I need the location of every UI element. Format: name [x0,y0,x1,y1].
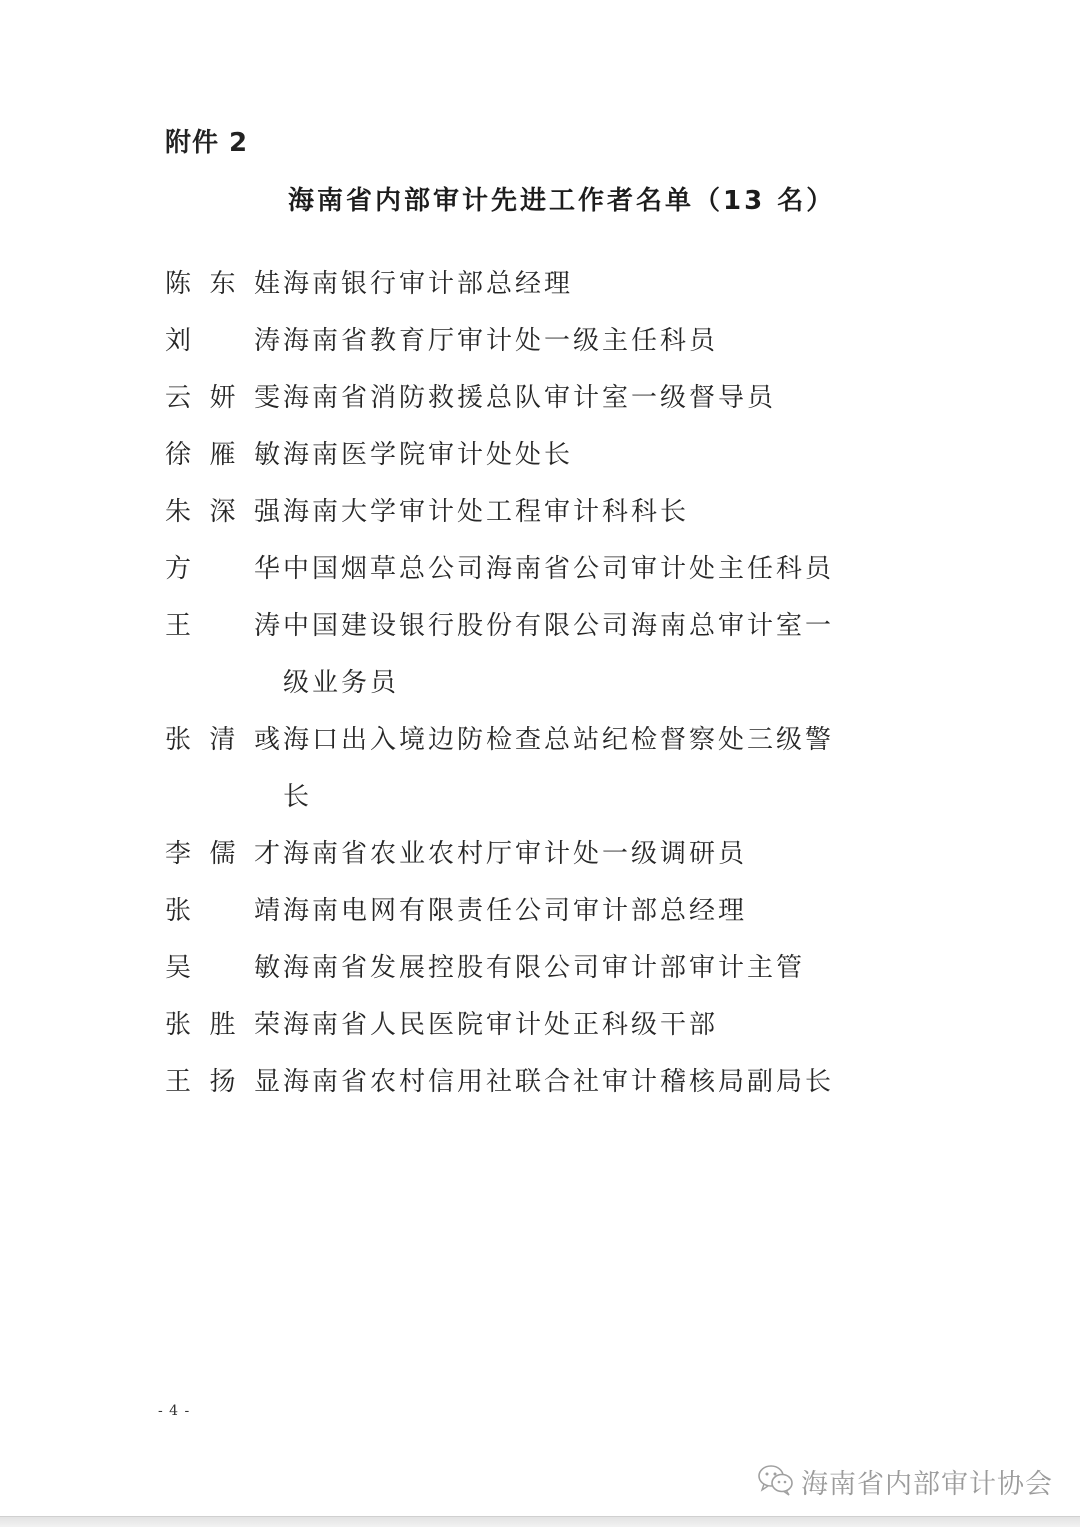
name-char: 显 [254,1054,280,1111]
list-item: 王扬显 海南省农村信用社联合社审计稽核局副局长 [165,1054,885,1111]
awardee-position: 海口出入境边防检查总站纪检督察处三级警长 [283,712,858,826]
awardee-name: 徐雁敏 [165,427,280,484]
awardee-name: 张清彧 [165,712,280,769]
document-title: 海南省内部审计先进工作者名单（13 名） [288,180,835,217]
awardee-name: 王涛 [165,598,280,655]
list-item: 李儒才 海南省农业农村厅审计处一级调研员 [165,826,885,883]
awardee-position: 海南银行审计部总经理 [283,256,858,313]
name-char: 儒 [209,826,235,883]
awardee-list: 陈东娃 海南银行审计部总经理 刘涛 海南省教育厅审计处一级主任科员 云妍雯 海南… [165,256,885,1111]
name-char: 朱 [165,484,191,541]
name-char: 王 [165,1054,191,1111]
name-char: 张 [165,997,191,1054]
name-char: 张 [165,712,191,769]
page-number: - 4 - [158,1403,190,1419]
awardee-position: 中国烟草总公司海南省公司审计处主任科员 [283,541,858,598]
awardee-name: 张胜荣 [165,997,280,1054]
name-char: 雁 [209,427,235,484]
awardee-position: 海南省农村信用社联合社审计稽核局副局长 [283,1054,858,1111]
name-char: 娃 [254,256,280,313]
name-char: 王 [165,598,191,655]
name-char: 李 [165,826,191,883]
wechat-icon [757,1463,795,1501]
name-char: 云 [165,370,191,427]
name-char: 涛 [254,598,280,655]
name-char: 东 [209,256,235,313]
list-item: 吴敏 海南省发展控股有限公司审计部审计主管 [165,940,885,997]
name-char: 靖 [254,883,280,940]
name-char: 清 [209,712,235,769]
list-item: 张胜荣 海南省人民医院审计处正科级干部 [165,997,885,1054]
awardee-position: 海南大学审计处工程审计科科长 [283,484,858,541]
awardee-name: 云妍雯 [165,370,280,427]
awardee-position: 海南省人民医院审计处正科级干部 [283,997,858,1054]
name-char: 张 [165,883,191,940]
list-item: 陈东娃 海南银行审计部总经理 [165,256,885,313]
awardee-position: 海南省发展控股有限公司审计部审计主管 [283,940,858,997]
name-char: 胜 [209,997,235,1054]
awardee-name: 张靖 [165,883,280,940]
name-char: 妍 [209,370,235,427]
name-char: 吴 [165,940,191,997]
name-char: 敏 [254,427,280,484]
name-char: 荣 [254,997,280,1054]
list-item: 方华 中国烟草总公司海南省公司审计处主任科员 [165,541,885,598]
name-char: 才 [254,826,280,883]
awardee-position: 海南省教育厅审计处一级主任科员 [283,313,858,370]
name-char: 徐 [165,427,191,484]
awardee-name: 刘涛 [165,313,280,370]
name-char: 雯 [254,370,280,427]
watermark: 海南省内部审计协会 [757,1462,1053,1501]
document-page: 附件 2 海南省内部审计先进工作者名单（13 名） 陈东娃 海南银行审计部总经理… [0,0,1080,1512]
name-char: 扬 [209,1054,235,1111]
awardee-position: 海南省消防救援总队审计室一级督导员 [283,370,858,427]
name-char: 敏 [254,940,280,997]
awardee-name: 方华 [165,541,280,598]
name-char: 涛 [254,313,280,370]
list-item: 云妍雯 海南省消防救援总队审计室一级督导员 [165,370,885,427]
awardee-position: 海南省农业农村厅审计处一级调研员 [283,826,858,883]
name-char: 方 [165,541,191,598]
attachment-label: 附件 2 [165,122,248,159]
name-char: 强 [254,484,280,541]
list-item: 徐雁敏 海南医学院审计处处长 [165,427,885,484]
name-char: 深 [209,484,235,541]
list-item: 朱深强 海南大学审计处工程审计科科长 [165,484,885,541]
name-char: 华 [254,541,280,598]
list-item: 王涛 中国建设银行股份有限公司海南总审计室一级业务员 [165,598,885,712]
name-char: 刘 [165,313,191,370]
awardee-name: 吴敏 [165,940,280,997]
awardee-position: 中国建设银行股份有限公司海南总审计室一级业务员 [283,598,858,712]
name-char: 陈 [165,256,191,313]
list-item: 张清彧 海口出入境边防检查总站纪检督察处三级警长 [165,712,885,826]
awardee-name: 陈东娃 [165,256,280,313]
awardee-position: 海南医学院审计处处长 [283,427,858,484]
awardee-name: 朱深强 [165,484,280,541]
awardee-name: 王扬显 [165,1054,280,1111]
name-char: 彧 [254,712,280,769]
list-item: 刘涛 海南省教育厅审计处一级主任科员 [165,313,885,370]
watermark-text: 海南省内部审计协会 [801,1462,1053,1501]
awardee-name: 李儒才 [165,826,280,883]
page-bottom-edge [0,1516,1080,1527]
list-item: 张靖 海南电网有限责任公司审计部总经理 [165,883,885,940]
awardee-position: 海南电网有限责任公司审计部总经理 [283,883,858,940]
